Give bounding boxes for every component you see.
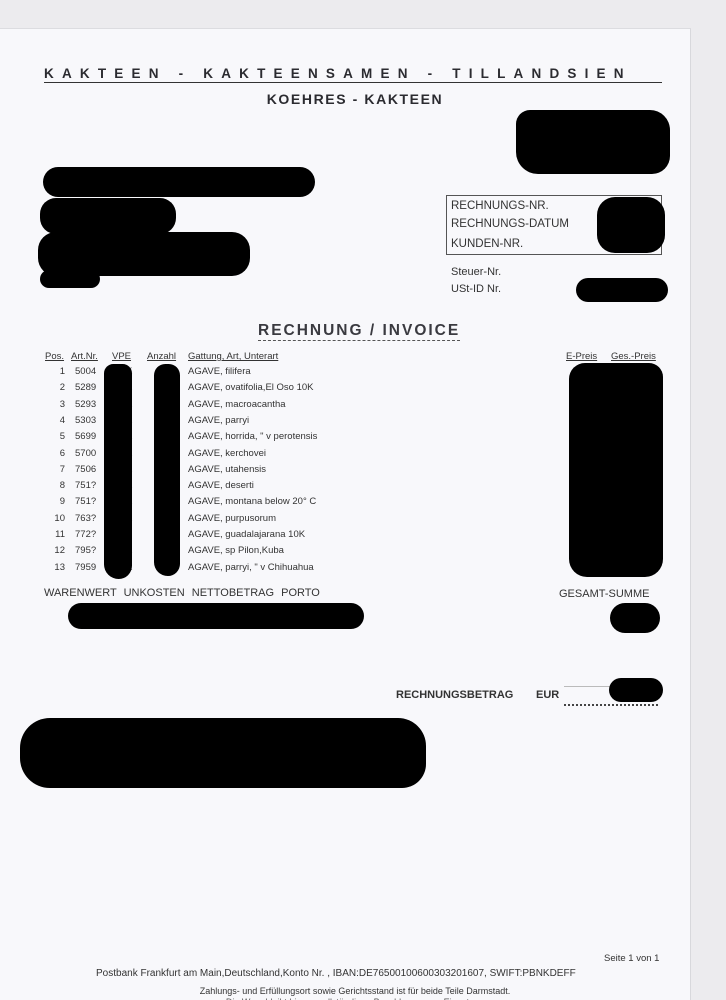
row-description: AGAVE, purpusorum xyxy=(188,513,276,524)
row-pos: 8 xyxy=(45,480,65,491)
row-art-nr: 7506 xyxy=(75,464,96,475)
row-art-nr: 7959 xyxy=(75,562,96,573)
row-description: AGAVE, kerchovei xyxy=(188,448,266,459)
row-art-nr: 751? xyxy=(75,480,96,491)
ust-id-label: USt-ID Nr. xyxy=(451,283,501,295)
row-description: AGAVE, macroacantha xyxy=(188,399,286,410)
redacted-gesamt-value xyxy=(610,603,660,633)
steuer-nr-label: Steuer-Nr. xyxy=(451,266,501,278)
col-header-art-nr: Art.Nr. xyxy=(71,351,98,362)
row-pos: 11 xyxy=(45,529,65,540)
legal-notice: Zahlungs- und Erfüllungsort sowie Gerich… xyxy=(0,986,710,996)
rechnungs-datum-label: RECHNUNGS-DATUM xyxy=(451,218,569,230)
row-art-nr: 751? xyxy=(75,496,96,507)
col-header-total-price: Ges.-Preis xyxy=(611,351,656,362)
row-description: AGAVE, utahensis xyxy=(188,464,266,475)
redacted-sender-block xyxy=(516,110,670,174)
redacted-recipient-line-2 xyxy=(40,198,176,234)
row-art-nr: 5699 xyxy=(75,431,96,442)
col-header-anzahl: Anzahl xyxy=(147,351,176,362)
redacted-anzahl-column xyxy=(154,364,180,576)
gesamt-summe-label: GESAMT-SUMME xyxy=(559,588,649,600)
row-description: AGAVE, sp Pilon,Kuba xyxy=(188,545,284,556)
row-art-nr: 5293 xyxy=(75,399,96,410)
row-pos: 13 xyxy=(45,562,65,573)
redacted-notes-block xyxy=(20,718,426,788)
row-description: AGAVE, horrida, " v perotensis xyxy=(188,431,317,442)
row-pos: 5 xyxy=(45,431,65,442)
redacted-vpe-column xyxy=(104,364,132,579)
row-pos: 7 xyxy=(45,464,65,475)
redacted-invoice-values xyxy=(597,197,665,253)
kunden-nr-label: KUNDEN-NR. xyxy=(451,238,523,250)
row-art-nr: 5303 xyxy=(75,415,96,426)
col-header-vpe: VPE xyxy=(112,351,131,362)
totals-labels: WARENWERT UNKOSTEN NETTOBETRAG PORTO xyxy=(44,587,320,599)
row-pos: 10 xyxy=(45,513,65,524)
document-title: RECHNUNG / INVOICE xyxy=(258,323,460,341)
rechnungs-nr-label: RECHNUNGS-NR. xyxy=(451,200,549,212)
company-name: KOEHRES - KAKTEEN xyxy=(0,91,710,107)
row-art-nr: 763? xyxy=(75,513,96,524)
col-header-description: Gattung, Art, Unterart xyxy=(188,351,278,362)
redacted-invoice-amount xyxy=(609,678,663,702)
currency-label: EUR xyxy=(536,689,559,701)
company-tagline: KAKTEEN - KAKTEENSAMEN - TILLANDSIEN xyxy=(44,66,662,83)
row-description: AGAVE, ovatifolia,El Oso 10K xyxy=(188,382,314,393)
row-description: AGAVE, parryi xyxy=(188,415,249,426)
row-pos: 6 xyxy=(45,448,65,459)
row-pos: 3 xyxy=(45,399,65,410)
col-header-pos: Pos. xyxy=(45,351,64,362)
row-pos: 2 xyxy=(45,382,65,393)
redacted-totals-values xyxy=(68,603,364,629)
row-description: AGAVE, montana below 20° C xyxy=(188,496,316,507)
row-description: AGAVE, guadalajarana 10K xyxy=(188,529,305,540)
row-art-nr: 5004 xyxy=(75,366,96,377)
row-pos: 4 xyxy=(45,415,65,426)
row-art-nr: 5700 xyxy=(75,448,96,459)
rechnungsbetrag-label: RECHNUNGSBETRAG xyxy=(396,689,513,701)
redacted-recipient-line-1 xyxy=(43,167,315,197)
bank-details: Postbank Frankfurt am Main,Deutschland,K… xyxy=(96,968,576,979)
page-indicator: Seite 1 von 1 xyxy=(604,953,659,964)
row-art-nr: 772? xyxy=(75,529,96,540)
amount-dotted-underline xyxy=(564,704,658,706)
row-description: AGAVE, filifera xyxy=(188,366,251,377)
row-description: AGAVE, deserti xyxy=(188,480,254,491)
row-pos: 12 xyxy=(45,545,65,556)
row-art-nr: 5289 xyxy=(75,382,96,393)
row-pos: 9 xyxy=(45,496,65,507)
redacted-recipient-line-4 xyxy=(40,270,100,288)
row-pos: 1 xyxy=(45,366,65,377)
row-description: AGAVE, parryi, " v Chihuahua xyxy=(188,562,314,573)
col-header-unit-price: E-Preis xyxy=(566,351,597,362)
redacted-price-columns xyxy=(569,363,663,577)
row-art-nr: 795? xyxy=(75,545,96,556)
redacted-tax-ids xyxy=(576,278,668,302)
